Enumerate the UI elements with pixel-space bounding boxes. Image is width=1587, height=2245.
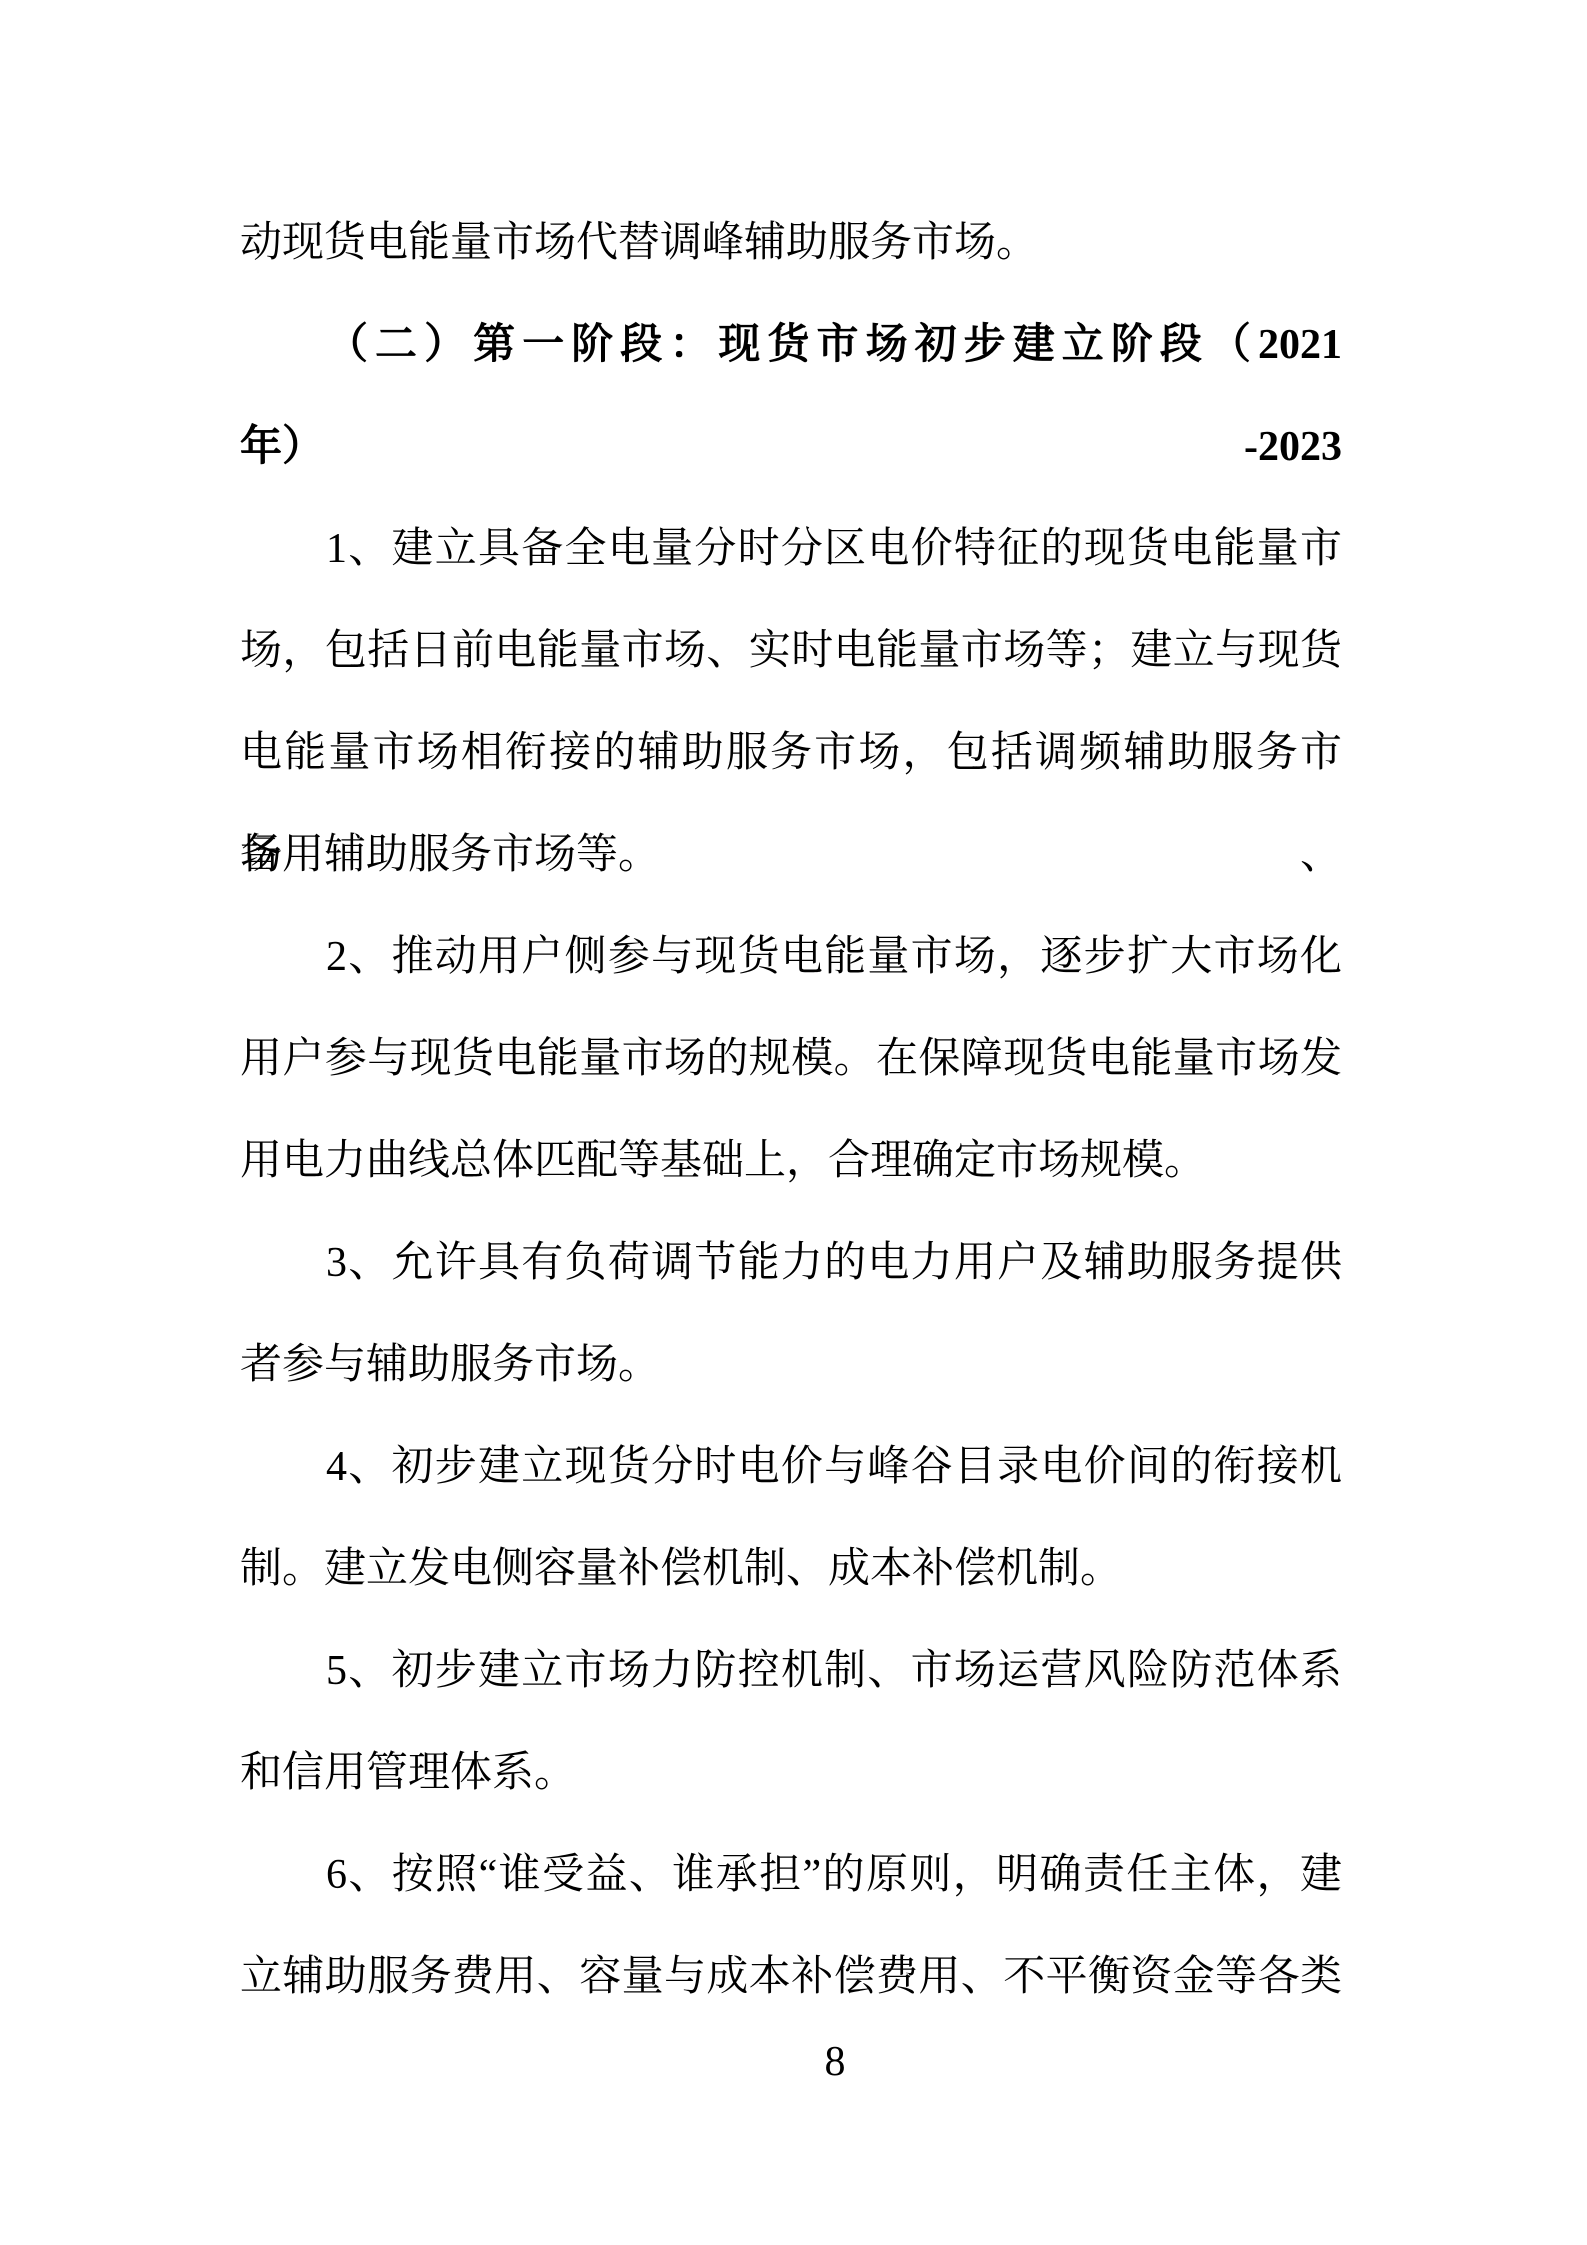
document-line: 和信用管理体系。 [240,1722,1342,1824]
page-number: 8 [740,2012,930,2112]
document-line: 动现货电能量市场代替调峰辅助服务市场。 [240,192,1342,294]
document-line: 电能量市场相衔接的辅助服务市场，包括调频辅助服务市场、 [240,702,1342,804]
document-line: （二）第一阶段：现货市场初步建立阶段（2021 年-2023 [240,294,1342,396]
document-line: 4、初步建立现货分时电价与峰谷目录电价间的衔接机 [240,1416,1342,1518]
document-body: 动现货电能量市场代替调峰辅助服务市场。（二）第一阶段：现货市场初步建立阶段（20… [240,192,1342,2028]
document-line: 6、按照“谁受益、谁承担”的原则，明确责任主体，建 [240,1824,1342,1926]
document-line: 5、初步建立市场力防控机制、市场运营风险防范体系 [240,1620,1342,1722]
document-line: 1、建立具备全电量分时分区电价特征的现货电能量市 [240,498,1342,600]
document-line: 用户参与现货电能量市场的规模。在保障现货电能量市场发 [240,1008,1342,1110]
document-line: 场，包括日前电能量市场、实时电能量市场等；建立与现货 [240,600,1342,702]
document-line: 3、允许具有负荷调节能力的电力用户及辅助服务提供 [240,1212,1342,1314]
document-line: 2、推动用户侧参与现货电能量市场，逐步扩大市场化 [240,906,1342,1008]
document-page: 动现货电能量市场代替调峰辅助服务市场。（二）第一阶段：现货市场初步建立阶段（20… [0,0,1587,2245]
document-line: 用电力曲线总体匹配等基础上，合理确定市场规模。 [240,1110,1342,1212]
document-line: 者参与辅助服务市场。 [240,1314,1342,1416]
document-line: 制。建立发电侧容量补偿机制、成本补偿机制。 [240,1518,1342,1620]
